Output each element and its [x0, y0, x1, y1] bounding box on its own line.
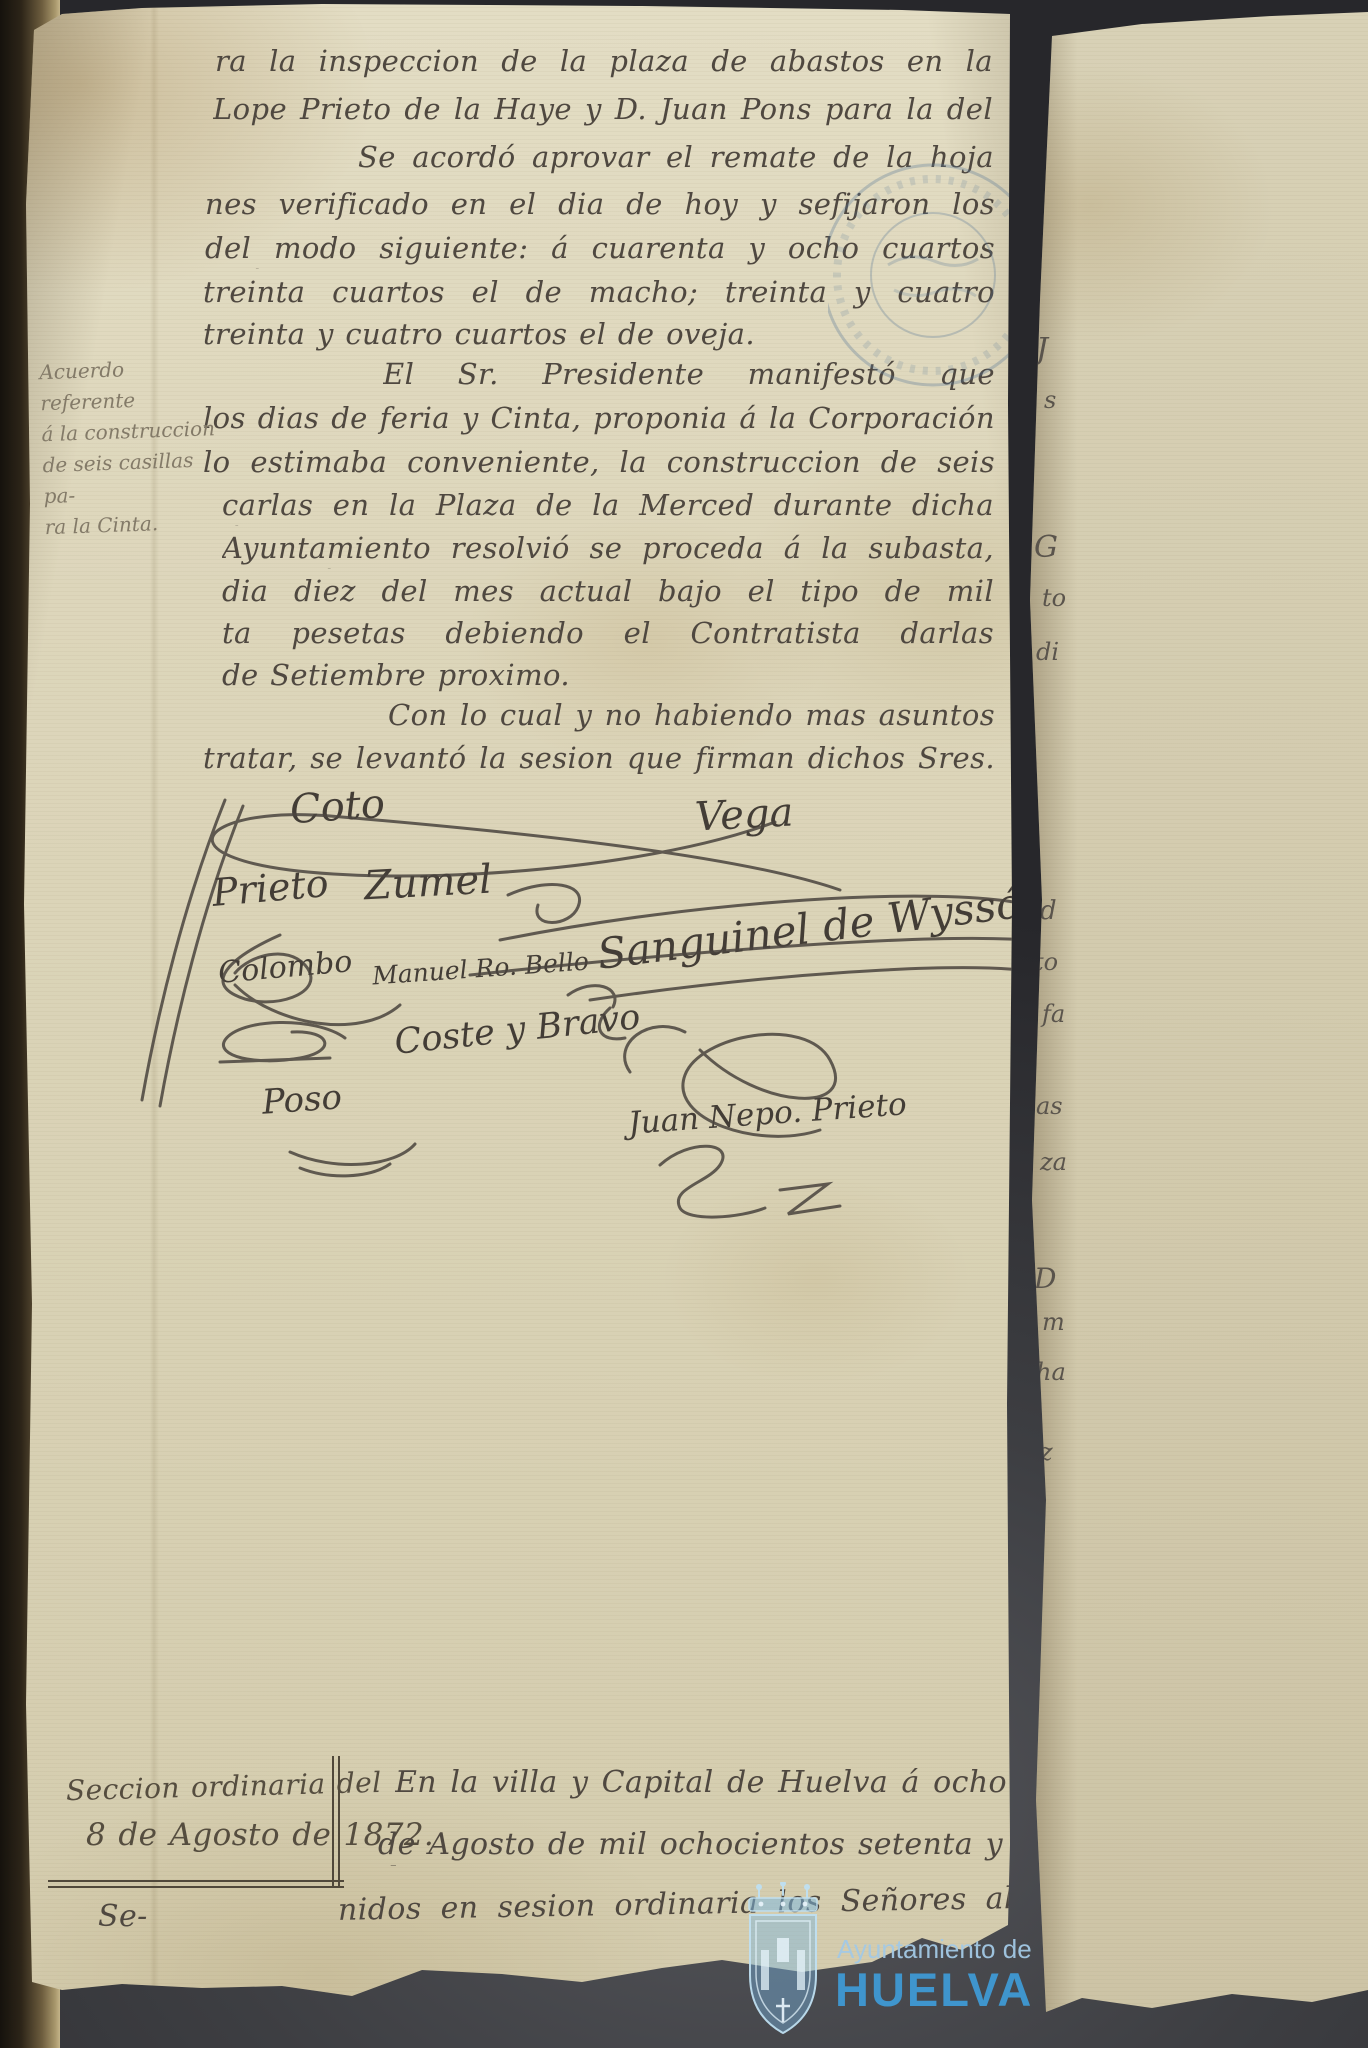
huelva-crest-icon	[735, 1882, 835, 2048]
archive-photo-background: { "document": { "kind": "handwritten-cou…	[0, 0, 1368, 2048]
body-line: lo estimaba conveniente, la construccion…	[203, 445, 995, 483]
watermark-org-name: Ayuntamiento de	[837, 1934, 1032, 1965]
cutoff-text-fragment: D	[1034, 1262, 1056, 1295]
cutoff-text-fragment: G	[1034, 530, 1058, 565]
session-box-horizontal-rule	[48, 1880, 344, 1888]
body-line: ta pesetas debiendo el Contratista darla…	[222, 616, 994, 654]
margin-note: Acuerdo referente á la construccion de s…	[39, 351, 229, 543]
body-line: treinta y cuatro cuartos el de oveja.	[203, 317, 663, 351]
session-box-vertical-rule	[332, 1756, 340, 1886]
cutoff-text-fragment: s	[1044, 386, 1056, 414]
cutoff-text-fragment: fa	[1042, 1000, 1065, 1028]
huelva-watermark-logo: Ayuntamiento de HUELVA	[735, 1882, 1035, 2048]
cutoff-text-fragment: ha	[1036, 1358, 1066, 1386]
cutoff-text-fragment: za	[1040, 1148, 1067, 1176]
margin-note-line: de seis casillas pa-	[42, 444, 228, 512]
adjacent-page: J s G to di d to fa as za D m ha z	[1022, 0, 1368, 2048]
body-line: de Setiembre proximo.	[222, 658, 622, 692]
body-line: carlas en la Plaza de la Merced durante …	[222, 488, 994, 526]
watermark-city-name: HUELVA	[835, 1962, 1033, 2017]
cutoff-text-fragment: di	[1036, 638, 1059, 666]
cutoff-text-fragment: d	[1040, 896, 1057, 926]
body-line: Lope Prieto de la Haye y D. Juan Pons pa…	[213, 92, 993, 130]
margin-note-line: á la construccion	[41, 413, 226, 450]
circular-ink-stamp	[828, 150, 1018, 410]
margin-note-line: Acuerdo referente	[39, 351, 225, 419]
signature-flourishes	[140, 770, 1040, 1220]
manuscript-page: ra la inspeccion de la plaza de abastos …	[22, 4, 1014, 1996]
margin-note-line: ra la Cinta.	[44, 506, 229, 543]
closing-line: En la villa y Capital de Huelva á ocho	[395, 1766, 1007, 1804]
closing-margin-fragment: Se-	[98, 1900, 148, 1934]
cutoff-text-fragment: z	[1040, 1438, 1053, 1466]
closing-line: de Agosto de mil ochocientos setenta y d…	[378, 1828, 1003, 1866]
body-line: Ayuntamiento resolvió se proceda á la su…	[222, 531, 994, 569]
cutoff-text-fragment: to	[1042, 584, 1066, 612]
body-line: ra la inspeccion de la plaza de abastos …	[215, 44, 993, 82]
body-line: dia diez del mes actual bajo el tipo de …	[222, 574, 994, 612]
cutoff-text-fragment: m	[1042, 1308, 1065, 1336]
body-line: Con lo cual y no habiendo mas asuntos de…	[388, 698, 995, 736]
cutoff-text-fragment: as	[1036, 1092, 1063, 1120]
cutoff-text-fragment: J	[1036, 332, 1048, 367]
cutoff-text-fragment: to	[1034, 948, 1058, 976]
